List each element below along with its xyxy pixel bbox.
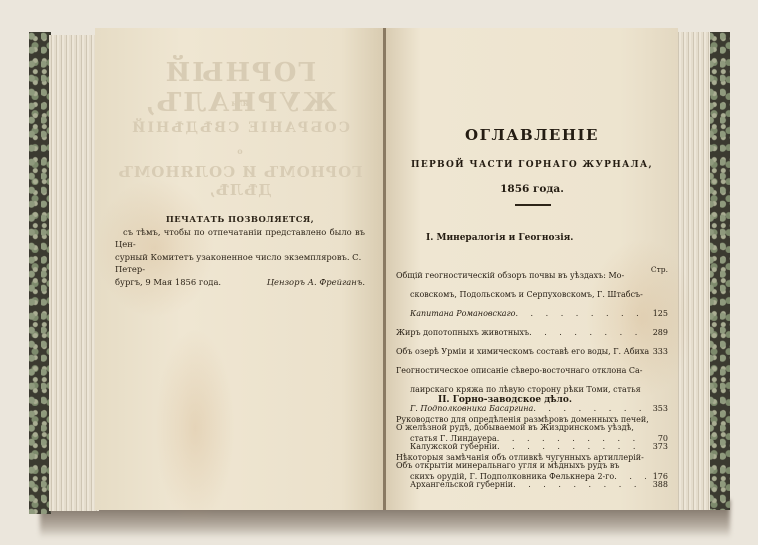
- book-cover-right: [708, 32, 730, 510]
- censor-signature: Цензоръ А. Фрейганъ.: [267, 276, 365, 289]
- show-through-title: ГОРНЫЙ ЖУРНАЛЪ,: [95, 58, 385, 118]
- entry-line: статья Г. Линдауера: [410, 429, 497, 448]
- imprimatur-line: бургъ, 9 Мая 1856 года.: [115, 276, 221, 289]
- section-heading: II. Горно-заводское дѣло.: [438, 395, 572, 405]
- show-through-small: о: [95, 146, 385, 156]
- entry-line: скихъ орудій, Г. Подполковника Фелькнера…: [410, 467, 614, 486]
- leader-dots: . . . .: [614, 467, 646, 486]
- leader-dots: . . . . . . . . . . . . . . .: [497, 429, 646, 448]
- imprimatur-notice: ПЕЧАТАТЬ ПОЗВОЛЯЕТСЯ, съ тѣмъ, чтобы по …: [115, 213, 365, 288]
- left-page: ГОРНЫЙ ЖУРНАЛЪ, или СОБРАНІЕ СВѢДѢНІЙ о …: [95, 28, 385, 510]
- imprimatur-line: сурный Комитетъ узаконенное число экземп…: [115, 251, 365, 276]
- imprimatur-line: съ тѣмъ, чтобы по отпечатаніи представле…: [115, 226, 365, 251]
- toc-entry: Нѣкоторыя замѣчанія объ отливкѣ чугунных…: [396, 448, 668, 486]
- toc-entry: Руководство для опредѣленія размѣровъ до…: [396, 410, 668, 448]
- page-number: 176: [646, 467, 668, 486]
- entry-line: Нѣкоторыя замѣчанія объ отливкѣ чугунных…: [396, 448, 668, 467]
- water-stain: [155, 328, 235, 528]
- show-through-connector: или: [95, 98, 385, 108]
- entry-line: Руководство для опредѣленія размѣровъ до…: [396, 410, 668, 429]
- toc-continuation: II. Горно-заводское дѣло. Руководство дл…: [396, 0, 668, 545]
- page-edges-left: [49, 35, 99, 511]
- imprimatur-heading: ПЕЧАТАТЬ ПОЗВОЛЯЕТСЯ,: [115, 213, 365, 226]
- page-number: 70: [646, 429, 668, 448]
- book-cover-left: [29, 32, 51, 514]
- show-through-subtitle: СОБРАНІЕ СВѢДѢНІЙ: [95, 120, 385, 136]
